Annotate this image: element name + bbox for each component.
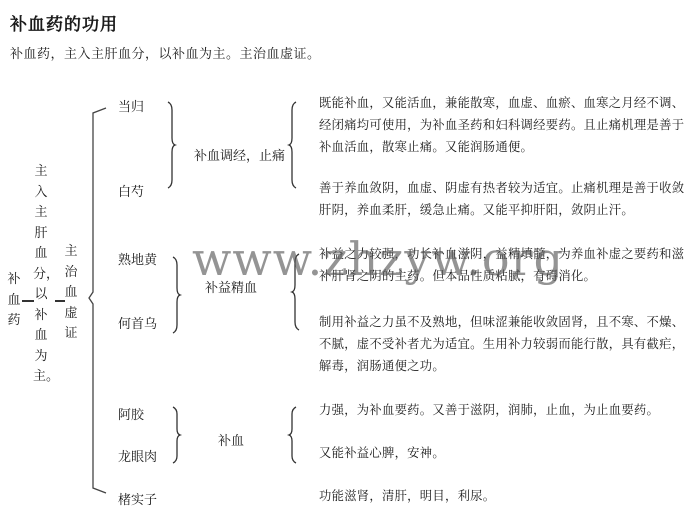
brace-right-group1 [166, 100, 176, 190]
brace-left-group3 [288, 405, 298, 465]
herb-shudihuang: 熟地黄 [118, 249, 157, 268]
page-title: 补血药的功用 [10, 10, 118, 35]
branch-a-text: 主入主肝血分，以补血为主。 [33, 162, 49, 388]
herb-chushizi: 楮实子 [118, 489, 157, 508]
brace-right-group2 [171, 255, 181, 335]
page-subtitle: 补血药，主入主肝血分，以补血为主。主治血虚证。 [10, 43, 321, 62]
branch-b-text: 主治血虚证 [63, 242, 79, 345]
brace-left-group2 [291, 252, 301, 332]
main-bracket [84, 100, 114, 500]
herb-ejiao: 阿胶 [118, 404, 144, 423]
herb-heshouwu: 何首乌 [118, 313, 157, 332]
category-tonify-essence: 补益精血 [205, 277, 257, 296]
herb-longyanrou: 龙眼肉 [118, 446, 157, 465]
herb-baishao: 白芍 [118, 181, 144, 200]
desc-heshouwu: 制用补益之力虽不及熟地，但味涩兼能收敛固肾，且不寒、不燥、不腻，虚不受补者尤为适… [319, 311, 694, 377]
root-node: 补血药 [6, 270, 22, 332]
desc-ejiao: 力强，为补血要药。又善于滋阴，润肺，止血，为止血要药。 [319, 399, 694, 421]
desc-danggui: 既能补血，又能活血，兼能散寒，血虚、血瘀、血寒之月经不调、经闭痛均可使用，为补血… [319, 92, 694, 158]
herb-danggui: 当归 [118, 96, 144, 115]
category-tonify-blood: 补血 [218, 430, 244, 449]
desc-longyanrou: 又能补益心脾，安神。 [319, 442, 694, 464]
desc-chushizi: 功能滋肾，清肝，明目，利尿。 [319, 485, 694, 507]
desc-shudihuang: 补益之力较强，功长补血滋阴，益精填髓，为养血补虚之要药和滋补肝肾之阴的主药。但本… [319, 243, 694, 287]
desc-baishao: 善于养血敛阴，血虚、阴虚有热者较为适宜。止痛机理是善于收敛肝阴，养血柔肝，缓急止… [319, 177, 694, 221]
category-tonify-regulate: 补血调经，止痛 [194, 145, 285, 164]
brace-left-group1 [288, 100, 298, 190]
brace-right-group3 [171, 405, 181, 465]
